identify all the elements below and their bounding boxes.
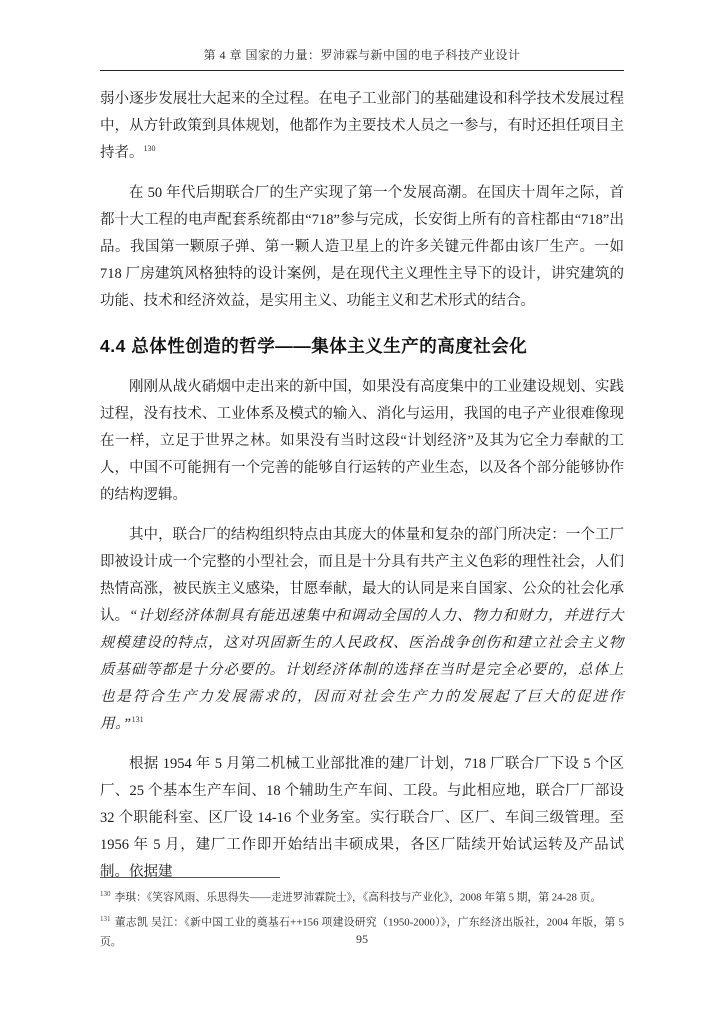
footnote-marker: 131	[100, 915, 111, 923]
section-heading-4-4: 4.4 总体性创造的哲学——集体主义生产的高度社会化	[100, 333, 624, 358]
paragraph: 在 50 年代后期联合厂的生产实现了第一个发展高潮。在国庆十周年之际，首都十大工…	[100, 180, 624, 315]
running-header: 第 4 章 国家的力量：罗沛霖与新中国的电子科技产业设计	[100, 46, 624, 63]
footnote-text: 李琪：《笑容风雨、乐思得失——走进罗沛霖院士》，《高科技与产业化》，2008 年…	[115, 892, 602, 904]
paragraph-text: 在 50 年代后期联合厂的生产实现了第一个发展高潮。在国庆十周年之际，首都十大工…	[100, 185, 624, 309]
paragraph-text: 根据 1954 年 5 月第二机械工业部批准的建厂计划，718 厂联合厂下设 5…	[100, 756, 624, 880]
paragraph-with-quote: 其中，联合厂的结构组织特点由其庞大的体量和复杂的部门所决定：一个工厂即被设计成一…	[100, 522, 624, 738]
inline-quote-text: “计划经济体制具有能迅速集中和调动全国的人力、物力和财力，并进行大规模建设的特点…	[100, 608, 624, 732]
footnote-ref-131: 131	[132, 715, 144, 724]
footnote-130: 130李琪：《笑容风雨、乐思得失——走进罗沛霖院士》，《高科技与产业化》，200…	[100, 884, 624, 908]
paragraph-continuation: 弱小逐步发展壮大起来的全过程。在电子工业部门的基础建设和科学技术发展过程中，从方…	[100, 86, 624, 167]
footnote-ref-130: 130	[144, 144, 156, 153]
footnote-separator-rule	[100, 877, 280, 878]
footnote-marker: 130	[100, 890, 111, 898]
paragraph: 刚刚从战火硝烟中走出来的新中国，如果没有高度集中的工业建设规划、实践过程，没有技…	[100, 374, 624, 509]
document-page: 第 4 章 国家的力量：罗沛霖与新中国的电子科技产业设计 弱小逐步发展壮大起来的…	[0, 0, 724, 1023]
body-text-column: 弱小逐步发展壮大起来的全过程。在电子工业部门的基础建设和科学技术发展过程中，从方…	[100, 86, 624, 899]
header-rule	[100, 70, 624, 71]
paragraph-text: 弱小逐步发展壮大起来的全过程。在电子工业部门的基础建设和科学技术发展过程中，从方…	[100, 91, 624, 161]
paragraph: 根据 1954 年 5 月第二机械工业部批准的建厂计划，718 厂联合厂下设 5…	[100, 751, 624, 886]
paragraph-text: 刚刚从战火硝烟中走出来的新中国，如果没有高度集中的工业建设规划、实践过程，没有技…	[100, 379, 624, 503]
page-number: 95	[100, 932, 624, 947]
